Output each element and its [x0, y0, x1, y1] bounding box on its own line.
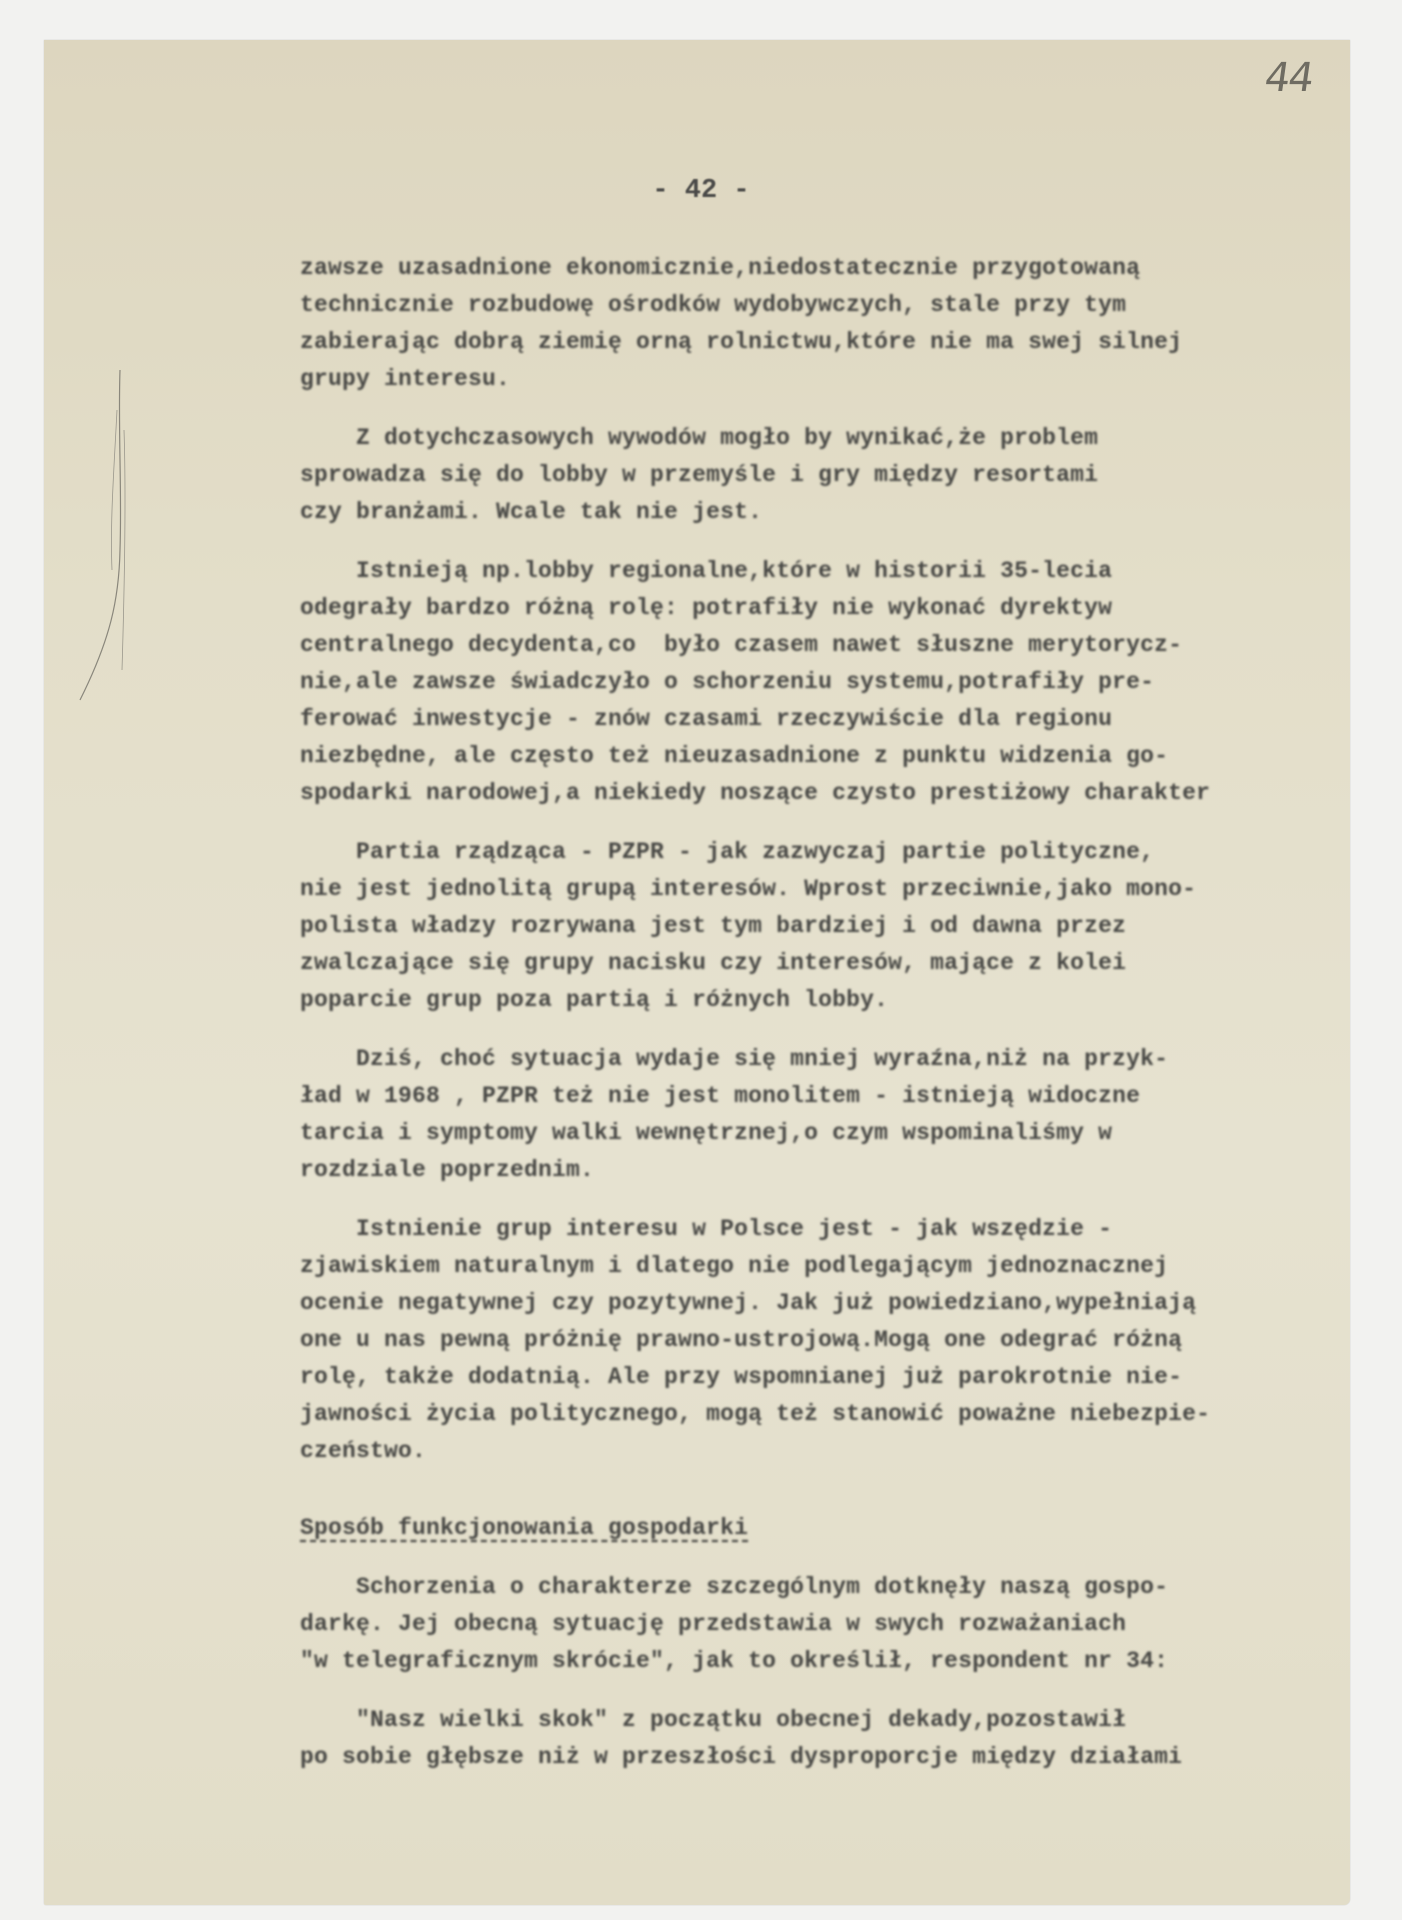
text-line: ład w 1968 , PZPR też nie jest monolitem…	[300, 1078, 1350, 1115]
text-line: czeństwo.	[300, 1433, 1350, 1470]
text-line: zawsze uzasadnione ekonomicznie,niedosta…	[300, 250, 1350, 287]
text-line: rozdziale poprzednim.	[300, 1152, 1350, 1189]
text-line: sprowadza się do lobby w przemyśle i gry…	[300, 457, 1350, 494]
text-line: zwalczające się grupy nacisku czy intere…	[300, 945, 1350, 982]
text-line: centralnego decydenta,co było czasem naw…	[300, 627, 1350, 664]
text-line: zabierając dobrą ziemię orną rolnictwu,k…	[300, 324, 1350, 361]
text-line: one u nas pewną próżnię prawno-ustrojową…	[300, 1322, 1350, 1359]
text-line: grupy interesu.	[300, 361, 1350, 398]
paragraph: Istnienie grup interesu w Polsce jest - …	[300, 1211, 1350, 1470]
text-line: Z dotychczasowych wywodów mogło by wynik…	[300, 420, 1350, 457]
text-line: "Nasz wielki skok" z początku obecnej de…	[300, 1702, 1350, 1739]
paragraph: Istnieją np.lobby regionalne,które w his…	[300, 553, 1350, 812]
paragraph: zawsze uzasadnione ekonomicznie,niedosta…	[300, 250, 1350, 398]
text-line: "w telegraficznym skrócie", jak to okreś…	[300, 1643, 1350, 1680]
pencil-stroke-mark	[70, 370, 140, 710]
text-line: po sobie głębsze niż w przeszłości dyspr…	[300, 1739, 1350, 1776]
text-line: rolę, także dodatnią. Ale przy wspomnian…	[300, 1359, 1350, 1396]
text-line: czy branżami. Wcale tak nie jest.	[300, 494, 1350, 531]
text-line: niezbędne, ale często też nieuzasadnione…	[300, 738, 1350, 775]
text-line: ferować inwestycje - znów czasami rzeczy…	[300, 701, 1350, 738]
text-line: odegrały bardzo różną rolę: potrafiły ni…	[300, 590, 1350, 627]
text-line: Partia rządząca - PZPR - jak zazwyczaj p…	[300, 834, 1350, 871]
text-line: tarcia i symptomy walki wewnętrznej,o cz…	[300, 1115, 1350, 1152]
section-heading-text: Sposób funkcjonowania gospodarki	[300, 1510, 1350, 1547]
text-line: Schorzenia o charakterze szczególnym dot…	[300, 1569, 1350, 1606]
text-line: jawności życia politycznego, mogą też st…	[300, 1396, 1350, 1433]
text-line: nie jest jednolitą grupą interesów. Wpro…	[300, 871, 1350, 908]
paragraph: Partia rządząca - PZPR - jak zazwyczaj p…	[300, 834, 1350, 1019]
text-line: Istnienie grup interesu w Polsce jest - …	[300, 1211, 1350, 1248]
paragraph: Z dotychczasowych wywodów mogło by wynik…	[300, 420, 1350, 531]
text-line: polista władzy rozrywana jest tym bardzi…	[300, 908, 1350, 945]
text-line: technicznie rozbudowę ośrodków wydobywcz…	[300, 287, 1350, 324]
paragraph: Dziś, choć sytuacja wydaje się mniej wyr…	[300, 1041, 1350, 1189]
text-line: Istnieją np.lobby regionalne,które w his…	[300, 553, 1350, 590]
text-line: spodarki narodowej,a niekiedy noszące cz…	[300, 775, 1350, 812]
text-line: darkę. Jej obecną sytuację przedstawia w…	[300, 1606, 1350, 1643]
text-line: ocenie negatywnej czy pozytywnej. Jak ju…	[300, 1285, 1350, 1322]
page-number: - 42 -	[0, 176, 1402, 206]
document-body: zawsze uzasadnione ekonomicznie,niedosta…	[300, 250, 1350, 1776]
handwritten-page-number: 44	[1262, 55, 1315, 101]
text-line: zjawiskiem naturalnym i dlatego nie podl…	[300, 1248, 1350, 1285]
paragraph: Schorzenia o charakterze szczególnym dot…	[300, 1569, 1350, 1680]
text-line: nie,ale zawsze świadczyło o schorzeniu s…	[300, 664, 1350, 701]
text-line: poparcie grup poza partią i różnych lobb…	[300, 982, 1350, 1019]
section-heading: Sposób funkcjonowania gospodarki	[300, 1510, 1350, 1547]
paragraph: "Nasz wielki skok" z początku obecnej de…	[300, 1702, 1350, 1776]
text-line: Dziś, choć sytuacja wydaje się mniej wyr…	[300, 1041, 1350, 1078]
